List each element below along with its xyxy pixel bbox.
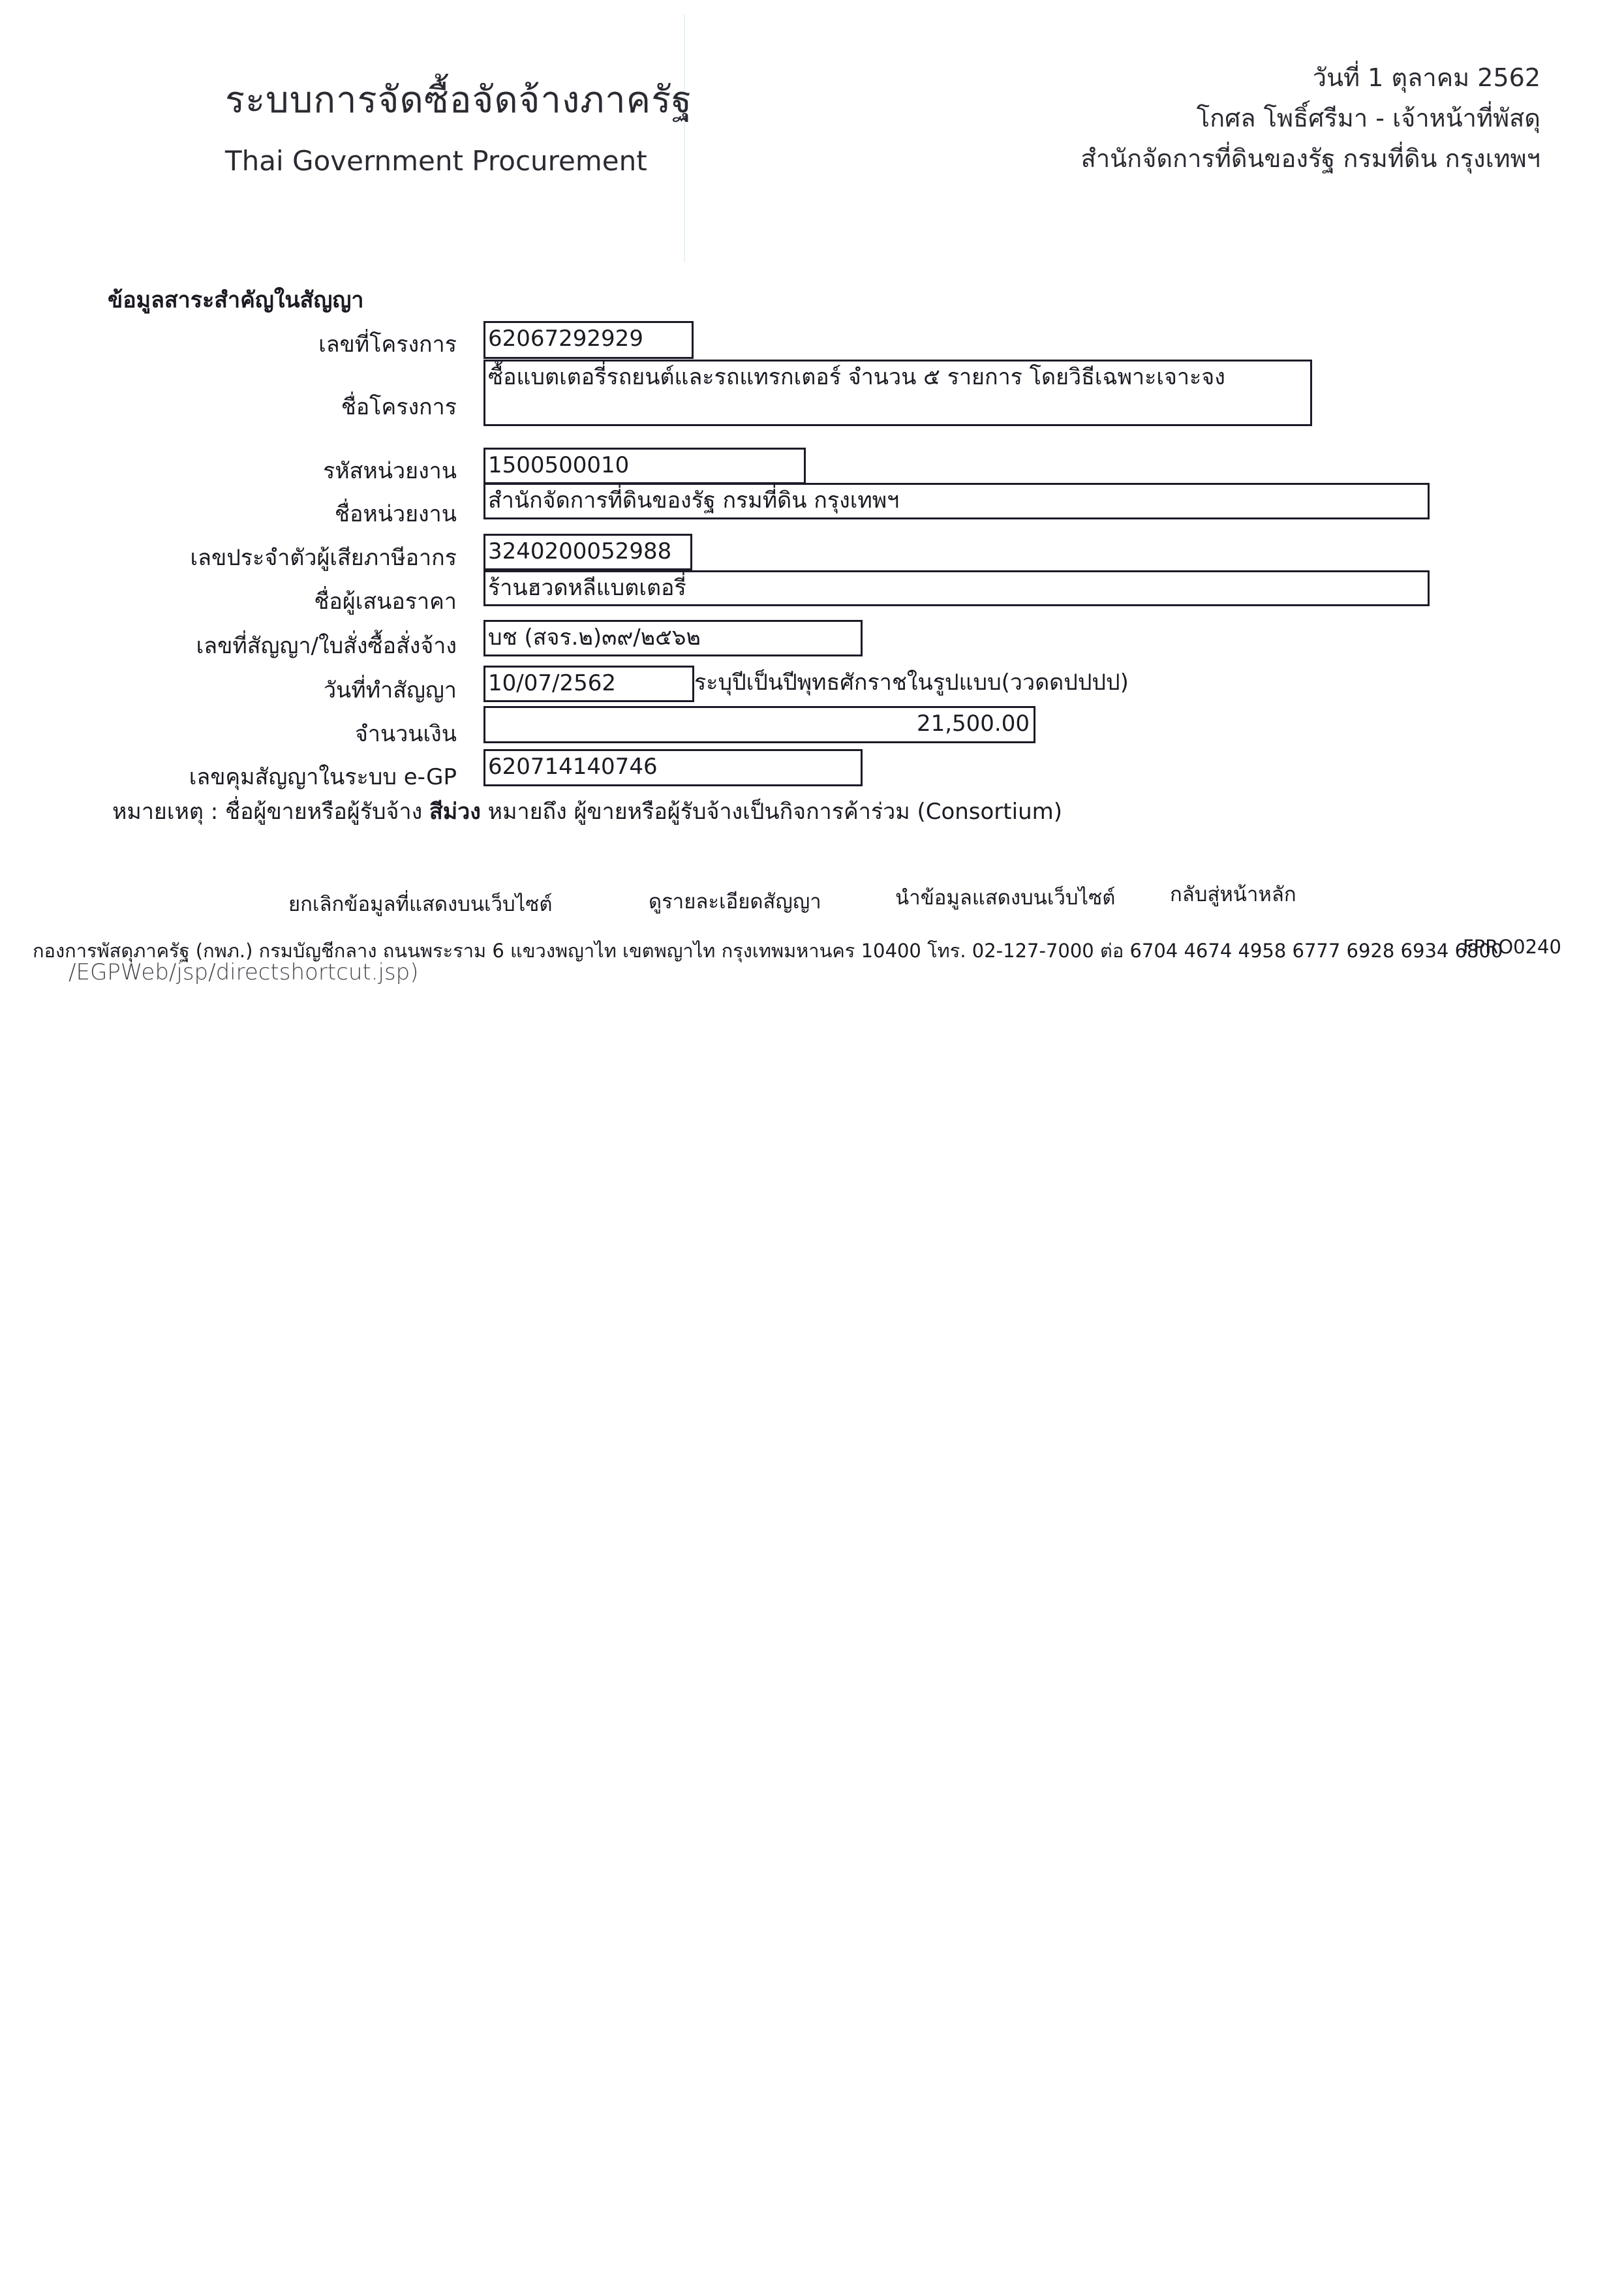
egp-control-no-field[interactable]: 620714140746	[483, 749, 863, 786]
note-suffix: หมายถึง ผู้ขายหรือผู้รับจ้างเป็นกิจการค้…	[481, 799, 1062, 825]
project-name-label: ชื่อโครงการ	[341, 389, 457, 424]
project-no-label: เลขที่โครงการ	[318, 326, 457, 362]
tax-id-field[interactable]: 3240200052988	[483, 534, 692, 570]
view-contract-link[interactable]: ดูรายละเอียดสัญญา	[649, 885, 821, 917]
system-title-en: Thai Government Procurement	[225, 145, 647, 177]
note-highlight: สีม่วง	[429, 799, 481, 825]
contract-no-label: เลขที่สัญญา/ใบสั่งซื้อสั่งจ้าง	[196, 628, 457, 663]
note-prefix: หมายเหตุ : ชื่อผู้ขายหรือผู้รับจ้าง	[112, 799, 429, 825]
date-format-hint: ระบุปีเป็นปีพุทธศักราชในรูปแบบ(ววดดปปปป)	[694, 664, 1129, 700]
user-info: โกศล โพธิ์ศรีมา - เจ้าหน้าที่พัสดุ	[1197, 98, 1540, 138]
unit-code-label: รหัสหน่วยงาน	[323, 453, 457, 488]
unit-name-field[interactable]: สำนักจัดการที่ดินของรัฐ กรมที่ดิน กรุงเท…	[483, 483, 1430, 519]
unit-name-label: ชื่อหน่วยงาน	[335, 496, 457, 531]
home-link[interactable]: กลับสู่หน้าหลัก	[1170, 878, 1296, 910]
egp-control-no-label: เลขคุมสัญญาในระบบ e-GP	[189, 759, 457, 794]
project-no-field[interactable]: 62067292929	[483, 321, 694, 359]
bidder-name-label: ชื่อผู้เสนอราคา	[314, 583, 457, 619]
header-divider	[684, 14, 685, 262]
current-date: วันที่ 1 ตุลาคม 2562	[1313, 57, 1540, 97]
system-title-th: ระบบการจัดซื้อจัดจ้างภาครัฐ	[225, 70, 692, 129]
cancel-display-link[interactable]: ยกเลิกข้อมูลที่แสดงบนเว็บไซต์	[288, 887, 552, 920]
contract-date-field[interactable]: 10/07/2562	[483, 666, 694, 702]
bidder-name-field[interactable]: ร้านฮวดหลีแบตเตอรี่	[483, 570, 1430, 606]
organization-name: สำนักจัดการที่ดินของรัฐ กรมที่ดิน กรุงเท…	[1081, 138, 1540, 178]
consortium-note: หมายเหตุ : ชื่อผู้ขายหรือผู้รับจ้าง สีม่…	[112, 793, 1062, 829]
tax-id-label: เลขประจำตัวผู้เสียภาษีอากร	[191, 540, 457, 575]
url-path: /EGPWeb/jsp/directshortcut.jsp)	[69, 959, 419, 985]
unit-code-field[interactable]: 1500500010	[483, 448, 806, 484]
amount-label: จำนวนเงิน	[355, 716, 457, 751]
project-name-field[interactable]: ซื้อแบตเตอรี่รถยนต์และรถแทรกเตอร์ จำนวน …	[483, 360, 1312, 426]
contract-no-field[interactable]: บช (สจร.๒)๓๙/๒๕๖๒	[483, 620, 863, 656]
section-title: ข้อมูลสาระสำคัญในสัญญา	[108, 282, 363, 317]
contract-date-label: วันที่ทำสัญญา	[324, 672, 457, 707]
amount-field[interactable]: 21,500.00	[483, 706, 1035, 743]
publish-link[interactable]: นำข้อมูลแสดงบนเว็บไซต์	[895, 881, 1115, 914]
page-code: FPRO0240	[1463, 936, 1561, 958]
